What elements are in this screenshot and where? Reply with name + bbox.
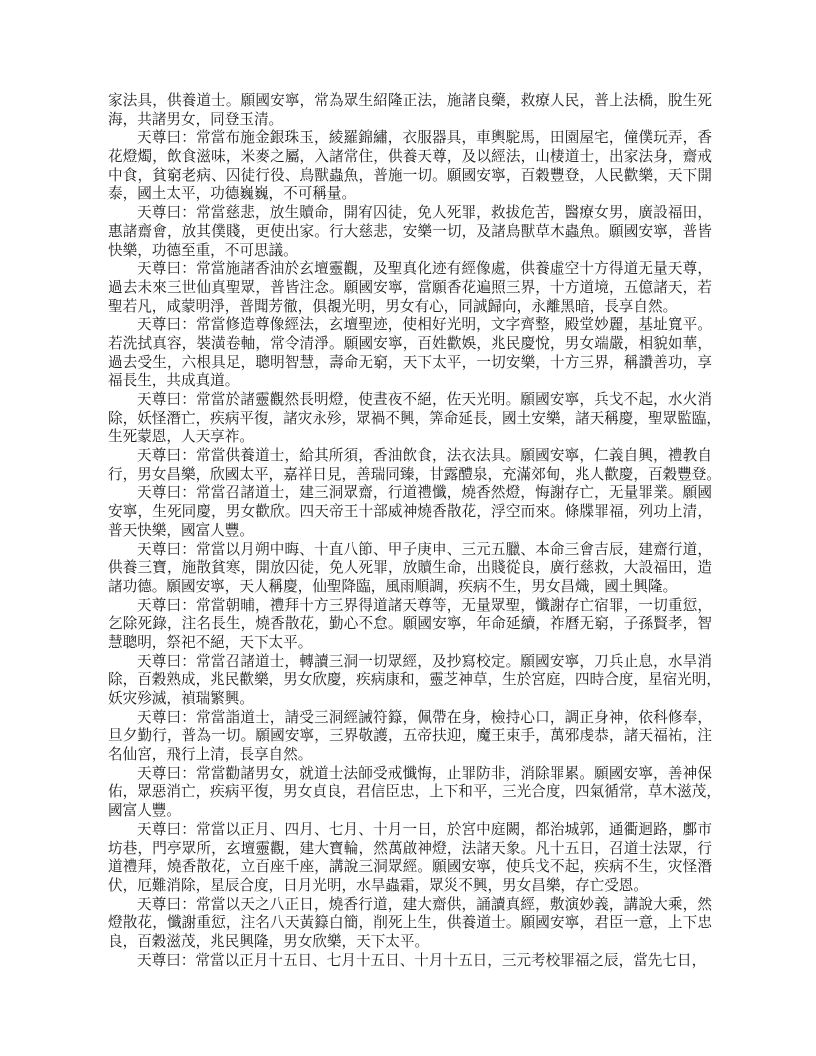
paragraph: 天尊曰：常當慈悲，放生贖命，開宥囚徒，免人死罪，救拔危苦，醫療女男，廣設福田，惠… xyxy=(108,204,712,260)
text-line: 天尊曰：常當施諸香油於玄壇靈觀，及聖真化迹有經像處，供養虛空十方得道无量天尊， xyxy=(108,260,712,279)
text-line: 過去受生，六根具足，聰明智慧，壽命无窮，天下太平，一切安樂，十方三界，稱讚善功，… xyxy=(108,354,712,373)
text-line: 供養三寶，施散貧寒，開放囚徒，免人死罪，放贖生命，出賤從良，廣行慈救，大設福田，… xyxy=(108,559,712,578)
text-line: 妖灾殄滅，禎瑞繁興。 xyxy=(108,690,712,709)
text-line: 除，妖怪潛亡，疾病平復，諸灾永殄，眾禍不興，筭命延長，國土安樂，諸天稱慶，聖眾監… xyxy=(108,410,712,429)
paragraph: 天尊曰：常當以正月、四月、七月、十月一日，於宮中庭闕，都治城郭，通衢迴路，鄽市坊… xyxy=(108,821,712,896)
text-line: 過去未來三世仙真聖眾，普皆注念。願國安寧，當願香花遍照三界，十方道境，五億諸天，… xyxy=(108,279,712,298)
text-line: 良，百穀滋茂，兆民興隆，男女欣樂，天下太平。 xyxy=(108,933,712,952)
paragraph: 天尊曰：常當施諸香油於玄壇靈觀，及聖真化迹有經像處，供養虛空十方得道无量天尊，過… xyxy=(108,260,712,316)
paragraph: 天尊曰：常當勸諸男女，就道士法師受戒懺悔，止罪防非，消除罪累。願國安寧，善神保佑… xyxy=(108,765,712,821)
text-line: 天尊曰：常當慈悲，放生贖命，開宥囚徒，免人死罪，救拔危苦，醫療女男，廣設福田， xyxy=(108,204,712,223)
text-line: 泰，國土太平，功德巍巍，不可稱量。 xyxy=(108,185,712,204)
paragraph: 天尊曰：常當修造尊像經法，玄壇聖迹，使相好光明，文字齊整，殿堂妙麗，基址寬平。若… xyxy=(108,316,712,391)
paragraph: 天尊曰：常當召諸道士，建三洞眾齋，行道禮懺，燒香然燈，悔謝存亡，无量罪業。願國安… xyxy=(108,484,712,540)
text-line: 花燈燭，飲食滋味，米麥之屬，入諸常住，供養天尊，及以經法，山棲道士，出家法身，齋… xyxy=(108,148,712,167)
text-line: 行，男女昌樂，欣國太平，嘉祥日見，善瑞同臻，甘露醴泉，充滿郊甸，兆人歡慶，百穀豐… xyxy=(108,466,712,485)
paragraph: 天尊曰：常當朝晡，禮拜十方三界得道諸天尊等，无量眾聖，懺謝存亡宿罪，一切重愆，乞… xyxy=(108,597,712,653)
text-line: 諸功德。願國安寧，天人稱慶，仙聖降臨，風雨順調，疾病不生，男女昌熾，國土興隆。 xyxy=(108,578,712,597)
paragraph: 天尊曰：常當召諸道士，轉讀三洞一切眾經，及抄寫校定。願國安寧，刀兵止息，水旱消除… xyxy=(108,653,712,709)
text-line: 天尊曰：常當以正月十五日、七月十五日、十月十五日，三元考校罪福之辰，當先七日， xyxy=(108,952,712,971)
text-line: 家法具，供養道士。願國安寧，常為眾生紹隆正法，施諸良藥，救療人民，普上法橋，脫生… xyxy=(108,92,712,111)
text-line: 道禮拜，燒香散花，立百座千座，講說三洞眾經。願國安寧，使兵戈不起，疾病不生，灾怪… xyxy=(108,858,712,877)
text-line: 慧聰明，祭祀不絕，天下太平。 xyxy=(108,634,712,653)
text-line: 安寧，生死同慶，男女歡欣。四天帝王十部威神燒香散花，浮空而來。條牒罪福，列功上清… xyxy=(108,503,712,522)
text-line: 天尊曰：常當供養道士，給其所須，香油飲食，法衣法具。願國安寧，仁義自興，禮教自 xyxy=(108,447,712,466)
text-line: 天尊曰：常當勸諸男女，就道士法師受戒懺悔，止罪防非，消除罪累。願國安寧，善神保 xyxy=(108,765,712,784)
paragraph: 天尊曰：常當以天之八正日，燒香行道，建大齋供，誦讀真經，敷演妙義，講說大乘，然燈… xyxy=(108,896,712,952)
text-line: 普天快樂，國富人豐。 xyxy=(108,522,712,541)
text-line: 旦夕勤行，普為一切。願國安寧，三界敬護，五帝扶迎，魔王束手，萬邪虔恭，諸天福祐，… xyxy=(108,727,712,746)
text-line: 天尊曰：常當朝晡，禮拜十方三界得道諸天尊等，无量眾聖，懺謝存亡宿罪，一切重愆， xyxy=(108,597,712,616)
paragraph: 天尊曰：常當以正月十五日、七月十五日、十月十五日，三元考校罪福之辰，當先七日， xyxy=(108,952,712,971)
text-line: 海，共諸男女，同登玉清。 xyxy=(108,111,712,130)
paragraph: 天尊曰：常當供養道士，給其所須，香油飲食，法衣法具。願國安寧，仁義自興，禮教自行… xyxy=(108,447,712,484)
text-line: 惠諸齋會，放其僕賤，更使出家。行大慈悲，安樂一切，及諸鳥獸草木蟲魚。願國安寧，普… xyxy=(108,223,712,242)
text-line: 聖若凡，咸蒙明淨，普聞芳徹，俱覩光明，男女有心，同誠歸向，永離黑暗，長享自然。 xyxy=(108,298,712,317)
text-line: 天尊曰：常當修造尊像經法，玄壇聖迹，使相好光明，文字齊整，殿堂妙麗，基址寬平。 xyxy=(108,316,712,335)
text-line: 天尊曰：常當以正月、四月、七月、十月一日，於宮中庭闕，都治城郭，通衢迴路，鄽市 xyxy=(108,821,712,840)
text-line: 除，百穀熟成，兆民歡樂，男女欣慶，疾病康和，靈芝神草，生於宮庭，四時合度，星宿光… xyxy=(108,671,712,690)
paragraph: 天尊曰：常當於諸靈觀然長明燈，使晝夜不絕，佐天光明。願國安寧，兵戈不起，水火消除… xyxy=(108,391,712,447)
text-line: 坊巷，門亭眾所，玄壇靈觀，建大寶輪，然萬啟神燈，法諸天象。凡十五日，召道士法眾，… xyxy=(108,840,712,859)
text-line: 福長生，共成真道。 xyxy=(108,372,712,391)
document-page: 家法具，供養道士。願國安寧，常為眾生紹隆正法，施諸良藥，救療人民，普上法橋，脫生… xyxy=(108,92,712,970)
paragraph: 天尊曰：常當以月朔中晦、十直八節、甲子庚申、三元五臘、本命三會吉辰，建齋行道，供… xyxy=(108,541,712,597)
paragraph: 天尊曰：常當詣道士，請受三洞經誡符籙，佩帶在身，檢持心口，調正身神，依科修奉，旦… xyxy=(108,709,712,765)
text-line: 天尊曰：常當布施金銀珠玉，綾羅錦繡，衣服器具，車輿駝馬，田園屋宅，僮僕玩弄，香 xyxy=(108,129,712,148)
text-line: 名仙宮，飛行上清，長享自然。 xyxy=(108,746,712,765)
text-line: 天尊曰：常當以天之八正日，燒香行道，建大齋供，誦讀真經，敷演妙義，講說大乘，然 xyxy=(108,896,712,915)
text-line: 天尊曰：常當於諸靈觀然長明燈，使晝夜不絕，佐天光明。願國安寧，兵戈不起，水火消 xyxy=(108,391,712,410)
text-line: 中食，貧窮老病、囚徒行役、鳥獸蟲魚，普施一切。願國安寧，百穀豐登，人民歡樂，天下… xyxy=(108,167,712,186)
text-line: 燈散花，懺謝重愆，注名八天黃籙白簡，削死上生，供養道士。願國安寧，君臣一意，上下… xyxy=(108,914,712,933)
text-line: 若洗拭真容，裝潢卷軸，常令清淨。願國安寧，百姓歡娛，兆民慶悅，男女端嚴，相貌如華… xyxy=(108,335,712,354)
paragraph: 家法具，供養道士。願國安寧，常為眾生紹隆正法，施諸良藥，救療人民，普上法橋，脫生… xyxy=(108,92,712,129)
text-line: 快樂，功德至重，不可思議。 xyxy=(108,242,712,261)
text-line: 天尊曰：常當召諸道士，轉讀三洞一切眾經，及抄寫校定。願國安寧，刀兵止息，水旱消 xyxy=(108,653,712,672)
text-line: 乞除死錄，注名長生，燒香散花，勤心不怠。願國安寧，年命延續，祚曆无窮，子孫賢孝，… xyxy=(108,615,712,634)
text-line: 天尊曰：常當詣道士，請受三洞經誡符籙，佩帶在身，檢持心口，調正身神，依科修奉， xyxy=(108,709,712,728)
text-line: 天尊曰：常當召諸道士，建三洞眾齋，行道禮懺，燒香然燈，悔謝存亡，无量罪業。願國 xyxy=(108,484,712,503)
paragraph: 天尊曰：常當布施金銀珠玉，綾羅錦繡，衣服器具，車輿駝馬，田園屋宅，僮僕玩弄，香花… xyxy=(108,129,712,204)
text-line: 佑，眾惡消亡，疾病平復，男女貞良，君信臣忠，上下和平，三光合度，四氣循常，草木滋… xyxy=(108,783,712,802)
text-line: 生死蒙恩，人天享祚。 xyxy=(108,428,712,447)
text-line: 國富人豐。 xyxy=(108,802,712,821)
text-line: 天尊曰：常當以月朔中晦、十直八節、甲子庚申、三元五臘、本命三會吉辰，建齋行道， xyxy=(108,541,712,560)
text-line: 伏，厄難消除，星辰合度，日月光明，水旱蟲霜，眾災不興，男女昌樂，存亡受恩。 xyxy=(108,877,712,896)
